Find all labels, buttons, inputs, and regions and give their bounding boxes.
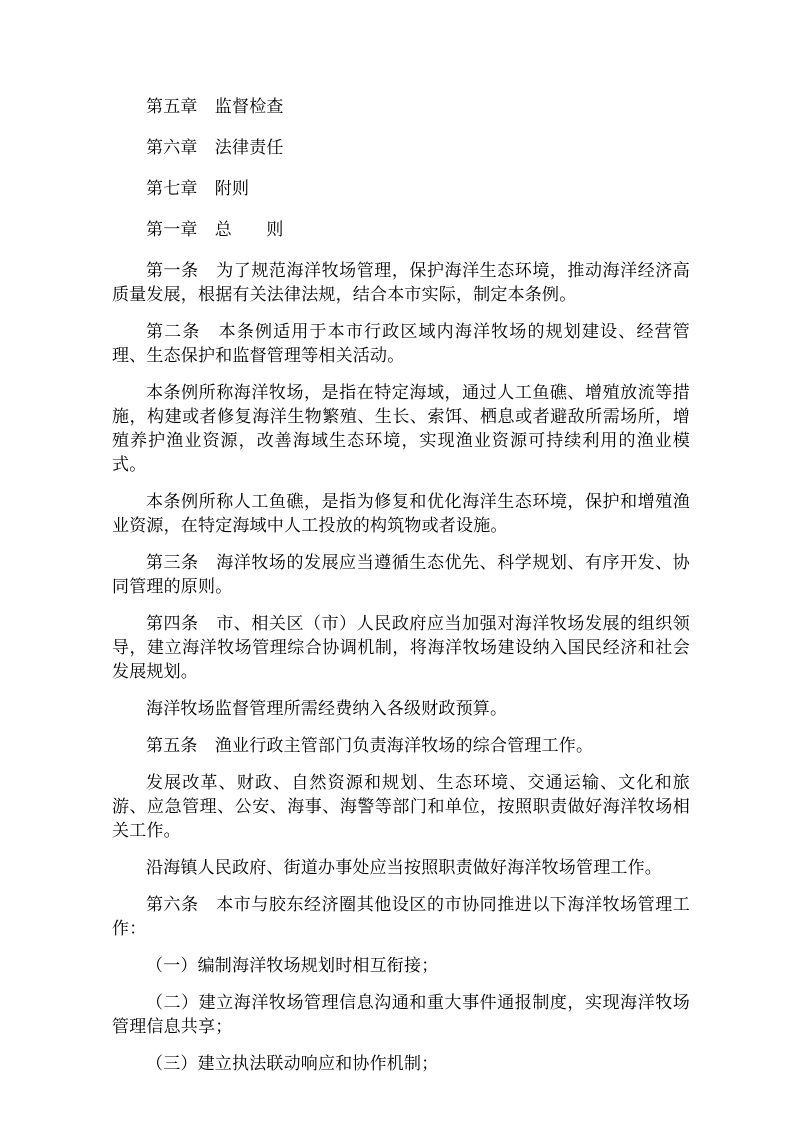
article-paragraph: 第六条 本市与胶东经济圈其他设区的市协同推进以下海洋牧场管理工作： — [112, 893, 690, 941]
article-paragraph: 第五条 渔业行政主管部门负责海洋牧场的综合管理工作。 — [112, 734, 690, 758]
article-paragraph: 本条例所称海洋牧场，是指在特定海域，通过人工鱼礁、增殖放流等措施，构建或者修复海… — [112, 381, 690, 477]
list-item-paragraph: （二）建立海洋牧场管理信息沟通和重大事件通报制度，实现海洋牧场管理信息共享； — [112, 991, 690, 1039]
article-paragraph: 第二条 本条例适用于本市行政区域内海洋牧场的规划建设、经营管理、生态保护和监督管… — [112, 320, 690, 368]
list-item-paragraph: （三）建立执法联动响应和协作机制； — [112, 1052, 690, 1076]
list-item-paragraph: （一）编制海洋牧场规划时相互衔接； — [112, 954, 690, 978]
document-page: 第五章 监督检查 第六章 法律责任 第七章 附则 第一章 总 则 第一条 为了规… — [0, 0, 800, 1132]
chapter-heading: 第六章 法律责任 — [112, 136, 690, 160]
article-paragraph: 沿海镇人民政府、街道办事处应当按照职责做好海洋牧场管理工作。 — [112, 856, 690, 880]
chapter-heading: 第五章 监督检查 — [112, 95, 690, 119]
article-paragraph: 发展改革、财政、自然资源和规划、生态环境、交通运输、文化和旅游、应急管理、公安、… — [112, 771, 690, 843]
article-paragraph: 本条例所称人工鱼礁，是指为修复和优化海洋生态环境，保护和增殖渔业资源，在特定海域… — [112, 490, 690, 538]
chapter-heading: 第七章 附则 — [112, 177, 690, 201]
article-paragraph: 海洋牧场监督管理所需经费纳入各级财政预算。 — [112, 697, 690, 721]
article-paragraph: 第一条 为了规范海洋牧场管理，保护海洋生态环境，推动海洋经济高质量发展，根据有关… — [112, 259, 690, 307]
chapter-heading: 第一章 总 则 — [112, 218, 690, 242]
article-paragraph: 第三条 海洋牧场的发展应当遵循生态优先、科学规划、有序开发、协同管理的原则。 — [112, 551, 690, 599]
article-paragraph: 第四条 市、相关区（市）人民政府应当加强对海洋牧场发展的组织领导，建立海洋牧场管… — [112, 612, 690, 684]
